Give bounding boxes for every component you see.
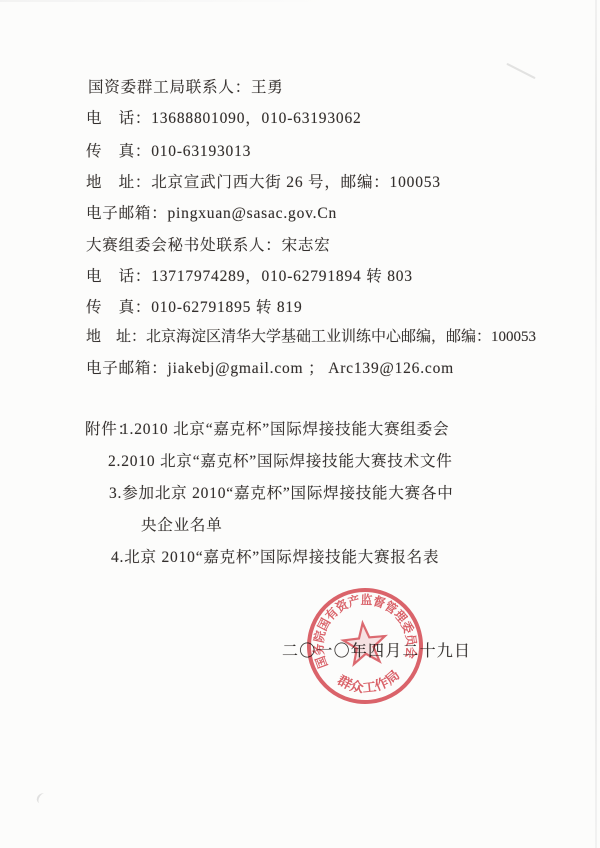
attachment-item-2: 2.2010 北京“嘉克杯”国际焊接技能大赛技术文件: [108, 449, 453, 471]
attachment-item-3-wrap: 央企业名单: [141, 513, 223, 535]
attachment-item-4: 4.北京 2010“嘉克杯”国际焊接技能大赛报名表: [111, 545, 439, 567]
sender-phone-line: 电 话：13688801090，010-63193062: [86, 106, 362, 128]
committee-phone-line: 电 话：13717974289，010-62791894 转 803: [86, 264, 413, 286]
sender-contact-header: 国资委群工局联系人：王勇: [88, 75, 284, 97]
scan-artifact-smudge: [36, 792, 50, 806]
seal-star-icon: [342, 621, 388, 665]
official-seal-graphic: 国务院国有资产监督管理委员会 群众工作局: [297, 578, 433, 714]
committee-email-line: 电子邮箱：jiakebj@gmail.com ； Arc139@126.com: [86, 356, 454, 378]
sender-fax-line: 传 真：010-63193013: [86, 139, 251, 161]
official-seal: 国务院国有资产监督管理委员会 群众工作局: [297, 578, 433, 714]
scan-artifact-diagonal: [506, 63, 535, 79]
sender-email-line: 电子邮箱：pingxuan@sasac.gov.Cn: [86, 201, 337, 223]
scanner-edge-line: [595, 0, 597, 848]
attachment-item-1: 1.2010 北京“嘉克杯”国际焊接技能大赛组委会: [121, 417, 449, 439]
committee-contact-header: 大赛组委会秘书处联系人：宋志宏: [86, 233, 331, 255]
committee-address-line: 地 址：北京海淀区清华大学基础工业训练中心邮编，邮编：100053: [86, 325, 536, 346]
scanned-letter-page: 国资委群工局联系人：王勇 电 话：13688801090，010-6319306…: [0, 0, 600, 848]
scanner-top-shadow: [0, 0, 600, 2]
committee-fax-line: 传 真：010-62791895 转 819: [86, 295, 303, 317]
attachment-item-3: 3.参加北京 2010“嘉克杯”国际焊接技能大赛各中: [109, 481, 454, 503]
sender-address-line: 地 址：北京宣武门西大街 26 号，邮编：100053: [86, 170, 441, 192]
